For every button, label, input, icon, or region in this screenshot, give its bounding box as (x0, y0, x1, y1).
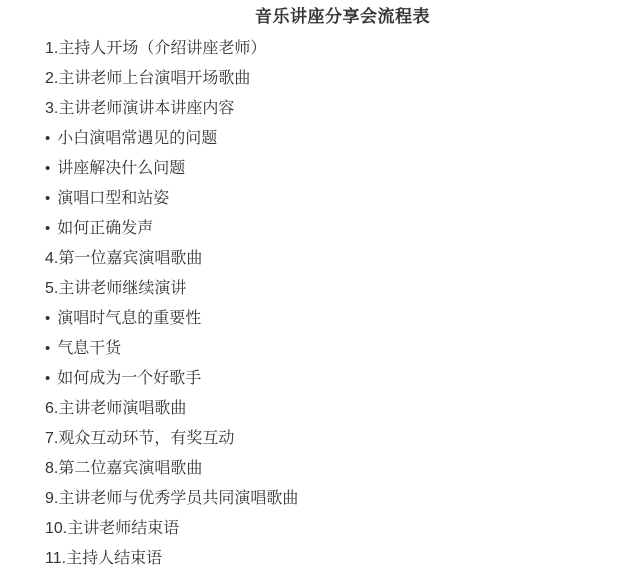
page-title: 音乐讲座分享会流程表 (45, 4, 640, 34)
item-text: 如何正确发声 (57, 220, 153, 237)
list-item: 8.第二位嘉宾演唱歌曲 (45, 454, 640, 484)
item-text: 演唱口型和站姿 (57, 190, 169, 207)
bullet-icon: • (45, 154, 50, 184)
list-item: 9.主讲老师与优秀学员共同演唱歌曲 (45, 484, 640, 514)
list-item: •气息干货 (45, 334, 640, 364)
item-marker: 8. (45, 454, 58, 484)
item-text: 气息干货 (57, 340, 121, 357)
item-marker: 3. (45, 94, 58, 124)
item-marker: 7. (45, 424, 58, 454)
bullet-icon: • (45, 364, 50, 394)
item-text: 主讲老师演讲本讲座内容 (58, 100, 234, 117)
item-text: 演唱时气息的重要性 (57, 310, 201, 327)
item-text: 主讲老师继续演讲 (58, 280, 186, 297)
item-text: 观众互动环节，有奖互动 (58, 430, 234, 447)
list-item: 3.主讲老师演讲本讲座内容 (45, 94, 640, 124)
process-list: 1.主持人开场（介绍讲座老师） 2.主讲老师上台演唱开场歌曲 3.主讲老师演讲本… (45, 34, 640, 574)
list-item: 1.主持人开场（介绍讲座老师） (45, 34, 640, 64)
item-text: 如何成为一个好歌手 (57, 370, 201, 387)
item-marker: 6. (45, 394, 58, 424)
list-item: •小白演唱常遇见的问题 (45, 124, 640, 154)
item-text: 第一位嘉宾演唱歌曲 (58, 250, 202, 267)
list-item: 5.主讲老师继续演讲 (45, 274, 640, 304)
bullet-icon: • (45, 334, 50, 364)
list-item: •如何正确发声 (45, 214, 640, 244)
list-item: 4.第一位嘉宾演唱歌曲 (45, 244, 640, 274)
item-marker: 11. (45, 544, 66, 574)
item-marker: 5. (45, 274, 58, 304)
bullet-icon: • (45, 214, 50, 244)
item-marker: 2. (45, 64, 58, 94)
list-item: 11.主持人结束语 (45, 544, 640, 574)
item-marker: 9. (45, 484, 58, 514)
list-item: •讲座解决什么问题 (45, 154, 640, 184)
item-text: 讲座解决什么问题 (57, 160, 185, 177)
document: 音乐讲座分享会流程表 1.主持人开场（介绍讲座老师） 2.主讲老师上台演唱开场歌… (0, 0, 640, 574)
item-marker: 1. (45, 34, 58, 64)
item-text: 小白演唱常遇见的问题 (57, 130, 217, 147)
bullet-icon: • (45, 124, 50, 154)
item-text: 主持人开场（介绍讲座老师） (58, 40, 266, 57)
list-item: •演唱时气息的重要性 (45, 304, 640, 334)
list-item: •如何成为一个好歌手 (45, 364, 640, 394)
list-item: 6.主讲老师演唱歌曲 (45, 394, 640, 424)
bullet-icon: • (45, 184, 50, 214)
list-item: 7.观众互动环节，有奖互动 (45, 424, 640, 454)
list-item: 10.主讲老师结束语 (45, 514, 640, 544)
item-text: 主讲老师上台演唱开场歌曲 (58, 70, 250, 87)
item-text: 主讲老师演唱歌曲 (58, 400, 186, 417)
item-marker: 4. (45, 244, 58, 274)
list-item: •演唱口型和站姿 (45, 184, 640, 214)
item-marker: 10. (45, 514, 67, 544)
list-item: 2.主讲老师上台演唱开场歌曲 (45, 64, 640, 94)
item-text: 主讲老师与优秀学员共同演唱歌曲 (58, 490, 298, 507)
bullet-icon: • (45, 304, 50, 334)
item-text: 第二位嘉宾演唱歌曲 (58, 460, 202, 477)
item-text: 主持人结束语 (66, 550, 162, 567)
item-text: 主讲老师结束语 (67, 520, 179, 537)
